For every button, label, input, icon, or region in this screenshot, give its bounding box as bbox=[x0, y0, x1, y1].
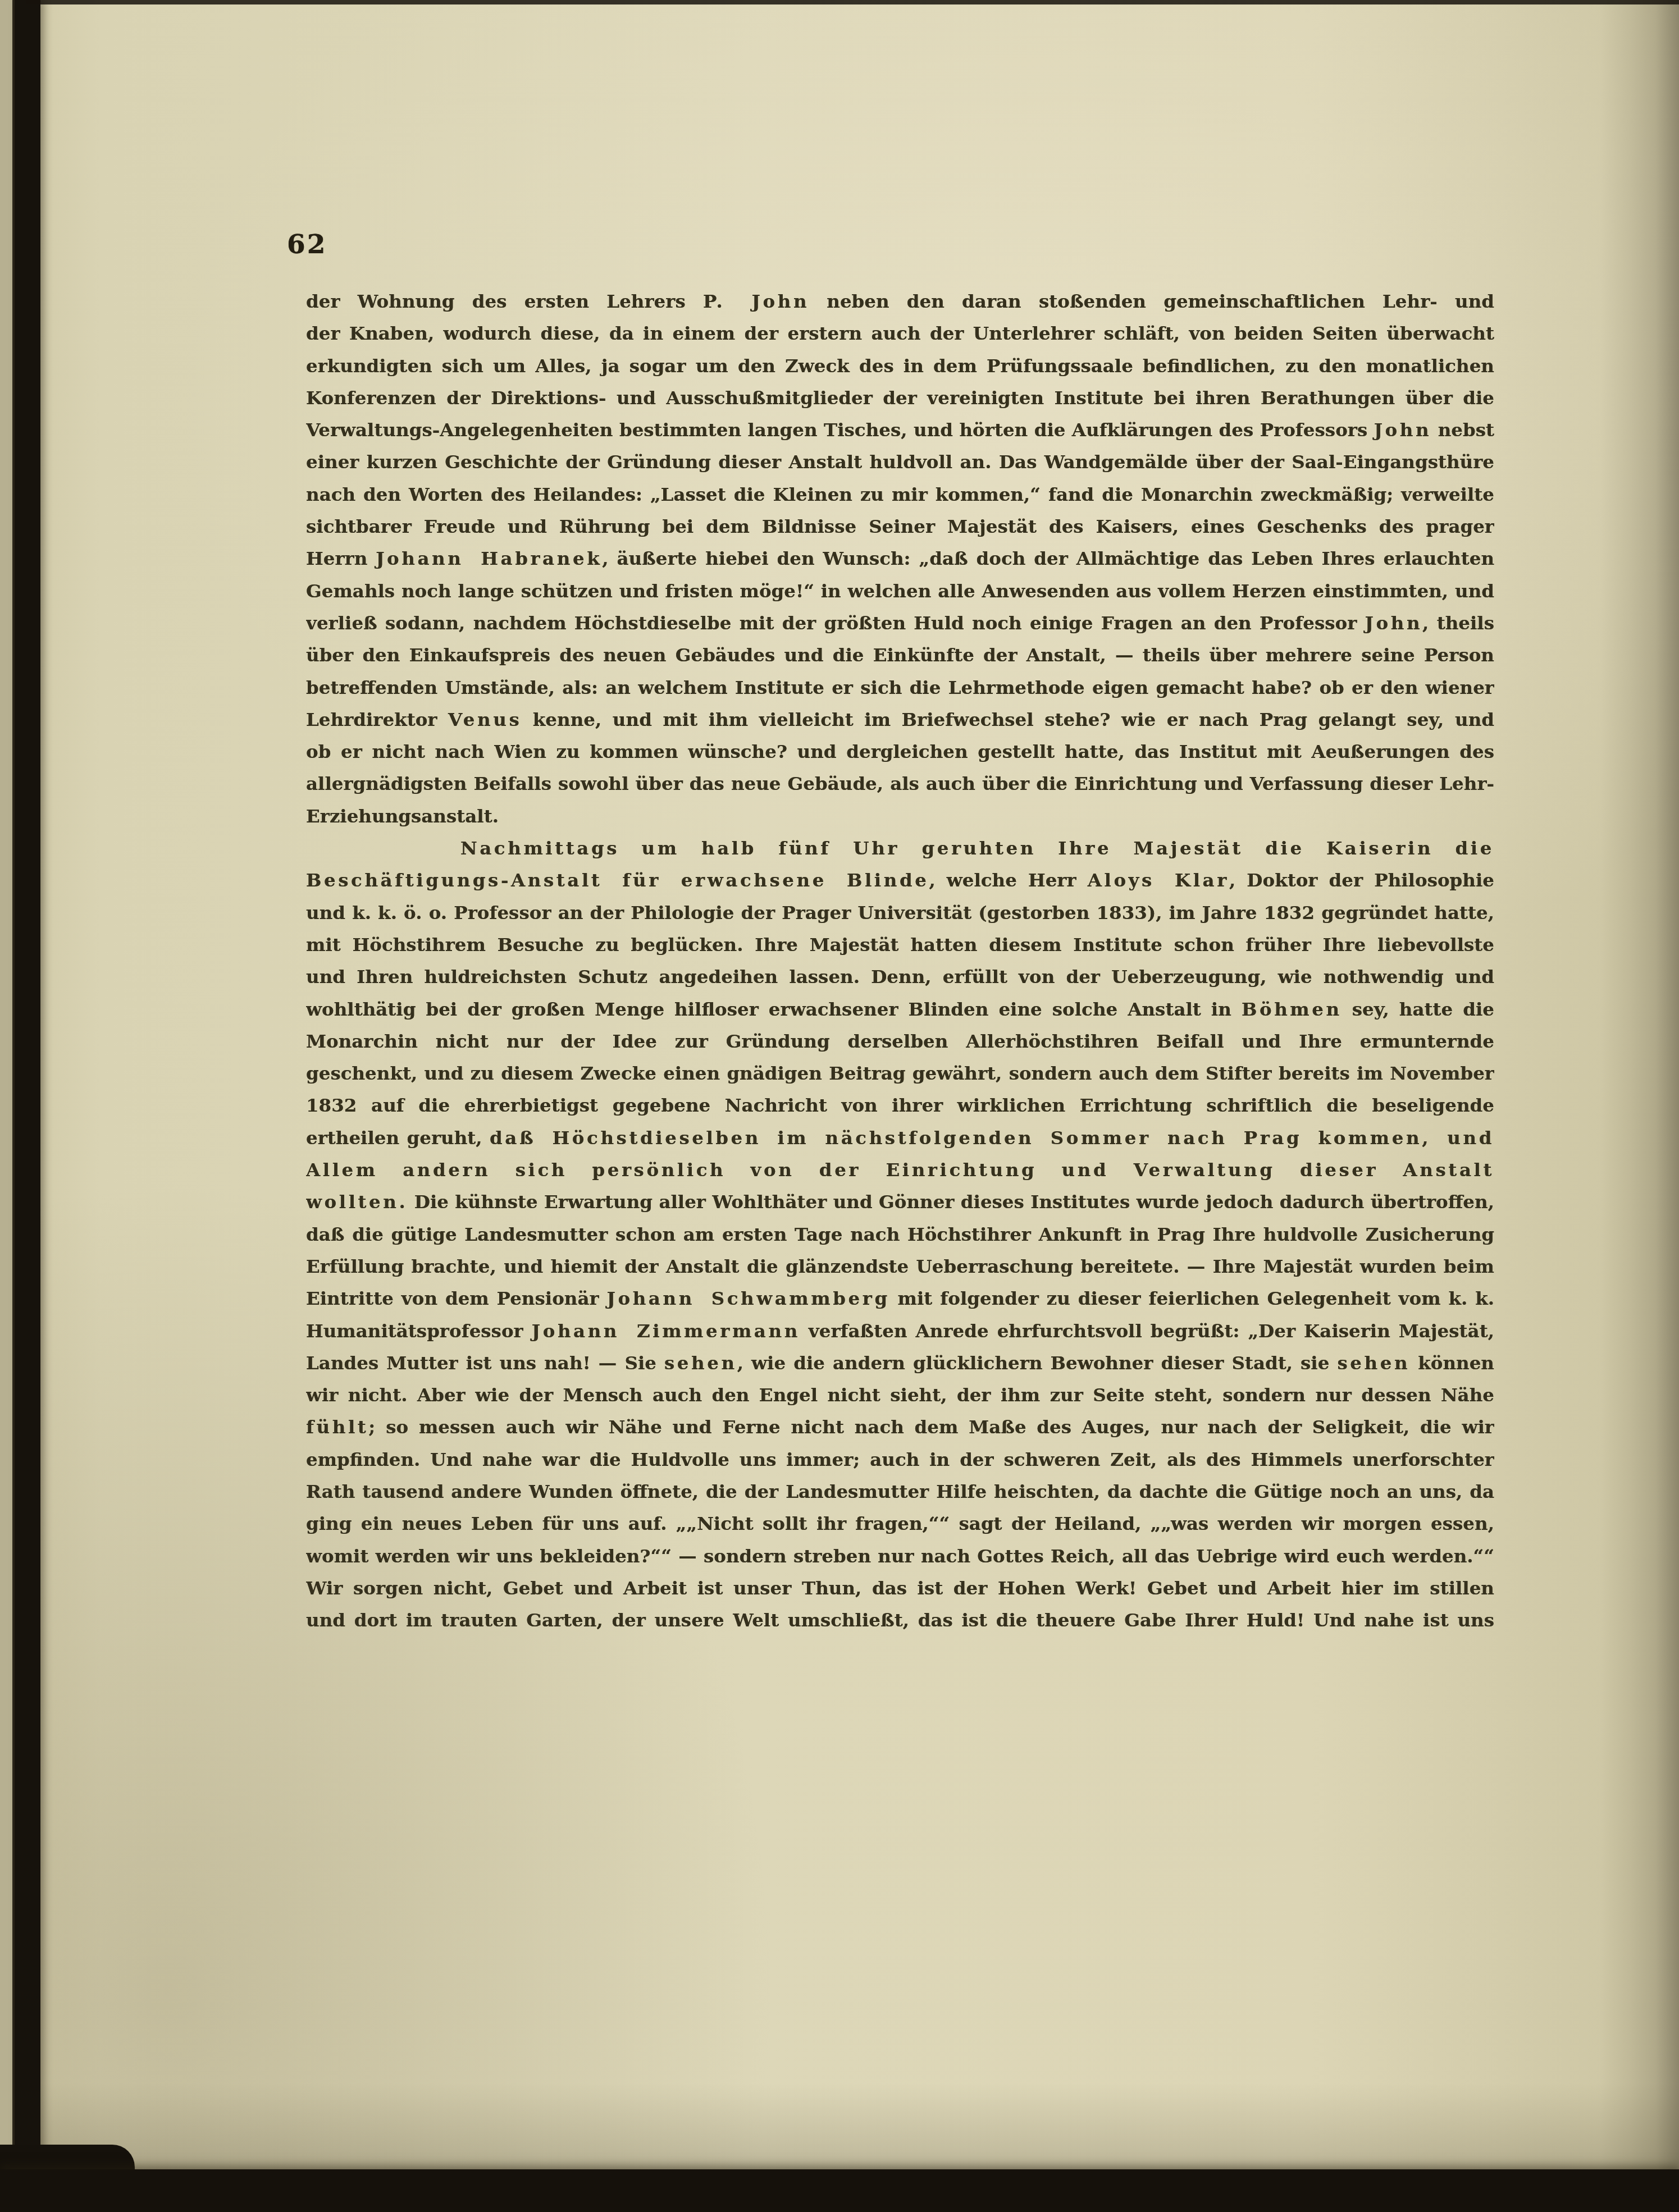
text-line: Landes Mutter ist uns nah! — Sie sehen, … bbox=[306, 1347, 1494, 1379]
text-line: Erfüllung brachte, und hiemit der Anstal… bbox=[306, 1250, 1494, 1282]
letterspaced-emphasis: Nachmittags um halb fünf Uhr geruhten Ih… bbox=[460, 837, 1494, 864]
text-line: Herrn Johann Habranek, äußerte hiebei de… bbox=[306, 542, 1494, 574]
text-line: allergnädigsten Beifalls sowohl über das… bbox=[306, 767, 1494, 799]
text-line: empfinden. Und nahe war die Huldvolle un… bbox=[306, 1443, 1494, 1475]
page-bottom-shadow bbox=[0, 2083, 1679, 2173]
text-line: Erziehungsanstalt. bbox=[306, 800, 1494, 832]
text-line: Wir sorgen nicht, Gebet und Arbeit ist u… bbox=[306, 1572, 1494, 1604]
letterspaced-emphasis: John bbox=[1374, 419, 1432, 441]
text-line: betreffenden Umstände, als: an welchem I… bbox=[306, 671, 1494, 703]
letterspaced-emphasis: Johann Zimmermann bbox=[532, 1320, 800, 1342]
text-line: wollten. Die kühnste Erwartung aller Woh… bbox=[306, 1186, 1494, 1218]
text-line: wohlthätig bei der großen Menge hilflose… bbox=[306, 993, 1494, 1025]
letterspaced-emphasis: wollten. bbox=[306, 1191, 408, 1213]
scan-edge-left-outer bbox=[0, 0, 15, 2212]
page-right-shadow bbox=[1600, 0, 1679, 2212]
text-line: mit Höchstihrem Besuche zu beglücken. Ih… bbox=[306, 929, 1494, 961]
text-line: Humanitätsprofessor Johann Zimmermann ve… bbox=[306, 1315, 1494, 1347]
scan-edge-bottom bbox=[0, 2169, 1679, 2212]
text-line: Beschäftigungs-Anstalt für erwachsene Bl… bbox=[306, 864, 1494, 896]
text-line: einer kurzen Geschichte der Gründung die… bbox=[306, 446, 1494, 478]
text-line: womit werden wir uns bekleiden?““ — sond… bbox=[306, 1540, 1494, 1572]
text-line: sichtbarer Freude und Rührung bei dem Bi… bbox=[306, 510, 1494, 542]
book-page-scan: 62 der Wohnung des ersten Lehrers P. Joh… bbox=[0, 0, 1679, 2212]
text-line: Eintritte von dem Pensionär Johann Schwa… bbox=[306, 1282, 1494, 1314]
text-line: Nachmittags um halb fünf Uhr geruhten Ih… bbox=[306, 832, 1494, 864]
letterspaced-emphasis: Böhmen bbox=[1242, 998, 1342, 1020]
text-line: verließ sodann, nachdem Höchstdieselbe m… bbox=[306, 607, 1494, 639]
paragraph: Nachmittags um halb fünf Uhr geruhten Ih… bbox=[306, 832, 1494, 1636]
text-line: Lehrdirektor Venus kenne, und mit ihm vi… bbox=[306, 703, 1494, 735]
letterspaced-emphasis: Allem andern sich persönlich von der Ein… bbox=[306, 1159, 1494, 1186]
text-line: erkundigten sich um Alles, ja sogar um d… bbox=[306, 350, 1494, 382]
text-line: Konferenzen der Direktions- und Ausschuß… bbox=[306, 382, 1494, 414]
text-line: Rath tausend andere Wunden öffnete, die … bbox=[306, 1475, 1494, 1507]
letterspaced-emphasis: John bbox=[1365, 612, 1423, 634]
text-line: und Ihren huldreichsten Schutz angedeihe… bbox=[306, 961, 1494, 993]
text-line: ging ein neues Leben für uns auf. „„Nich… bbox=[306, 1507, 1494, 1539]
letterspaced-emphasis: sehen bbox=[1337, 1352, 1410, 1374]
letterspaced-emphasis: Aloys Klar bbox=[1088, 869, 1229, 891]
text-line: ob er nicht nach Wien zu kommen wünsche?… bbox=[306, 735, 1494, 767]
letterspaced-emphasis: Johann Schwammberg bbox=[607, 1287, 890, 1309]
text-line: daß die gütige Landesmutter schon am ers… bbox=[306, 1218, 1494, 1250]
text-line: 1832 auf die ehrerbietigst gegebene Nach… bbox=[306, 1089, 1494, 1121]
text-line: der Wohnung des ersten Lehrers P. John n… bbox=[306, 285, 1494, 317]
text-line: nach den Worten des Heilandes: „Lasset d… bbox=[306, 478, 1494, 510]
letterspaced-emphasis: daß Höchstdieselben im nächstfolgenden S… bbox=[306, 1127, 1494, 1154]
text-line: wir nicht. Aber wie der Mensch auch den … bbox=[306, 1379, 1494, 1411]
page-number: 62 bbox=[287, 229, 327, 260]
letterspaced-emphasis: Johann Habranek bbox=[376, 547, 602, 569]
text-line: über den Einkaufspreis des neuen Gebäude… bbox=[306, 639, 1494, 671]
letterspaced-emphasis: P. John bbox=[703, 290, 809, 312]
letterspaced-emphasis: Venus bbox=[448, 709, 522, 730]
text-line: Monarchin nicht nur der Idee zur Gründun… bbox=[306, 1025, 1494, 1057]
text-line: Allem andern sich persönlich von der Ein… bbox=[306, 1154, 1494, 1186]
scan-edge-left bbox=[15, 0, 40, 2212]
scan-edge-top bbox=[26, 0, 1679, 4]
text-line: Gemahls noch lange schützen und fristen … bbox=[306, 575, 1494, 607]
letterspaced-emphasis: fühlt bbox=[306, 1416, 368, 1438]
letterspaced-emphasis: sehen bbox=[664, 1352, 737, 1374]
text-line: geschenkt, und zu diesem Zwecke einen gn… bbox=[306, 1057, 1494, 1089]
paragraph: der Wohnung des ersten Lehrers P. John n… bbox=[306, 285, 1494, 832]
text-line: und k. k. ö. o. Professor an der Philolo… bbox=[306, 897, 1494, 929]
letterspaced-emphasis: Beschäftigungs-Anstalt für erwachsene Bl… bbox=[306, 869, 929, 891]
text-line: fühlt; so messen auch wir Nähe und Ferne… bbox=[306, 1411, 1494, 1443]
text-line: der Knaben, wodurch diese, da in einem d… bbox=[306, 317, 1494, 349]
text-line: ertheilen geruht, daß Höchstdieselben im… bbox=[306, 1122, 1494, 1154]
text-line: und dort im trauten Garten, der unsere W… bbox=[306, 1604, 1494, 1636]
body-text: der Wohnung des ersten Lehrers P. John n… bbox=[306, 285, 1494, 1636]
text-line: Verwaltungs-Angelegenheiten bestimmten l… bbox=[306, 414, 1494, 446]
